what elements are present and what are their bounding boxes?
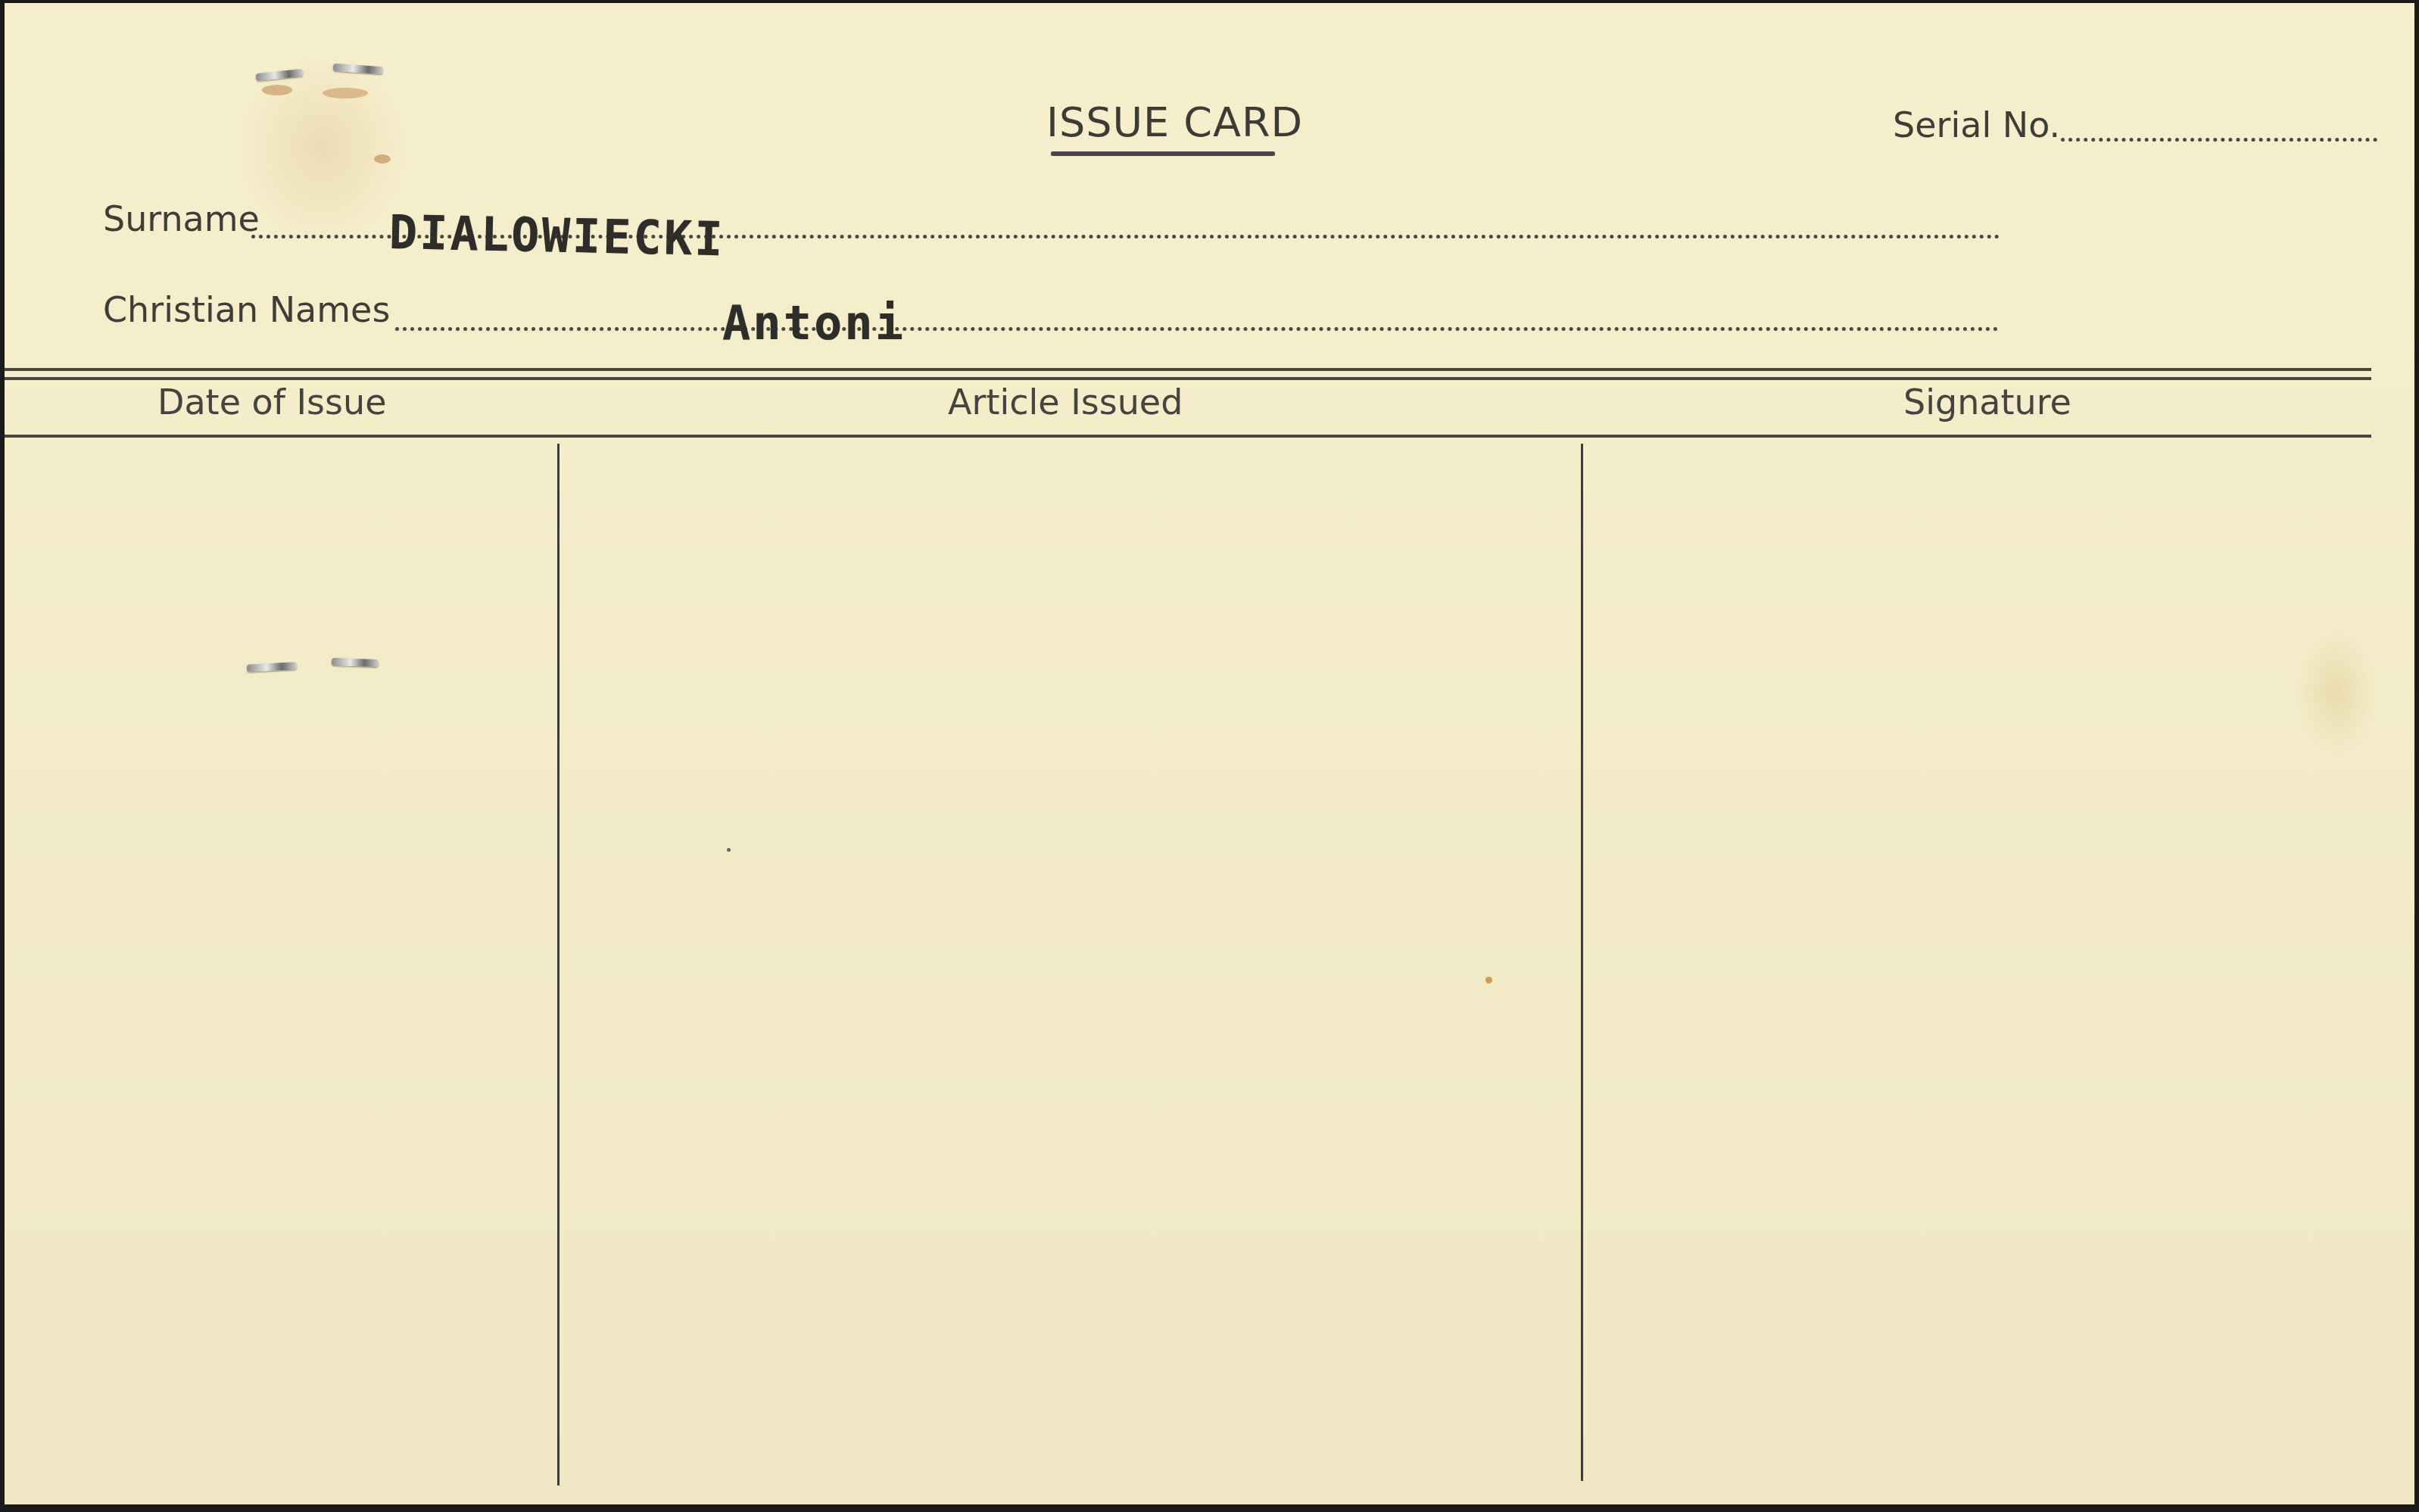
column-header-signature: Signature <box>1903 382 2071 422</box>
column-header-date-of-issue: Date of Issue <box>157 382 386 422</box>
column-divider-1 <box>557 444 560 1486</box>
article-issued-column[interactable] <box>562 444 1579 1489</box>
column-divider-2 <box>1581 444 1583 1481</box>
column-header-rule <box>5 435 2371 438</box>
issue-card: ISSUE CARD Serial No. Surname DIALOWIECK… <box>5 3 2414 1504</box>
title-underline <box>1051 151 1275 156</box>
date-of-issue-column[interactable] <box>5 444 556 1489</box>
header-double-rule-bottom <box>5 377 2371 380</box>
rust-spot <box>1485 977 1492 984</box>
dust-spot <box>727 848 731 852</box>
serial-number-label: Serial No. <box>1893 104 2060 145</box>
christian-names-value: Antoni <box>722 295 906 351</box>
serial-number-field[interactable] <box>2061 138 2377 142</box>
card-title: ISSUE CARD <box>1046 98 1303 146</box>
signature-column[interactable] <box>1585 444 2373 1489</box>
surname-value: DIALOWIECKI <box>388 204 725 267</box>
rust-stain <box>262 85 292 95</box>
staple-top-left <box>256 69 304 81</box>
christian-names-label: Christian Names <box>103 289 390 330</box>
staple-middle-right <box>332 658 379 667</box>
header-double-rule-top <box>5 368 2371 371</box>
rust-stain <box>323 88 368 98</box>
rust-stain <box>374 154 391 164</box>
column-header-article-issued: Article Issued <box>948 382 1183 422</box>
staple-top-right <box>333 64 384 75</box>
christian-names-field[interactable] <box>395 327 1999 331</box>
surname-label: Surname <box>103 198 260 239</box>
